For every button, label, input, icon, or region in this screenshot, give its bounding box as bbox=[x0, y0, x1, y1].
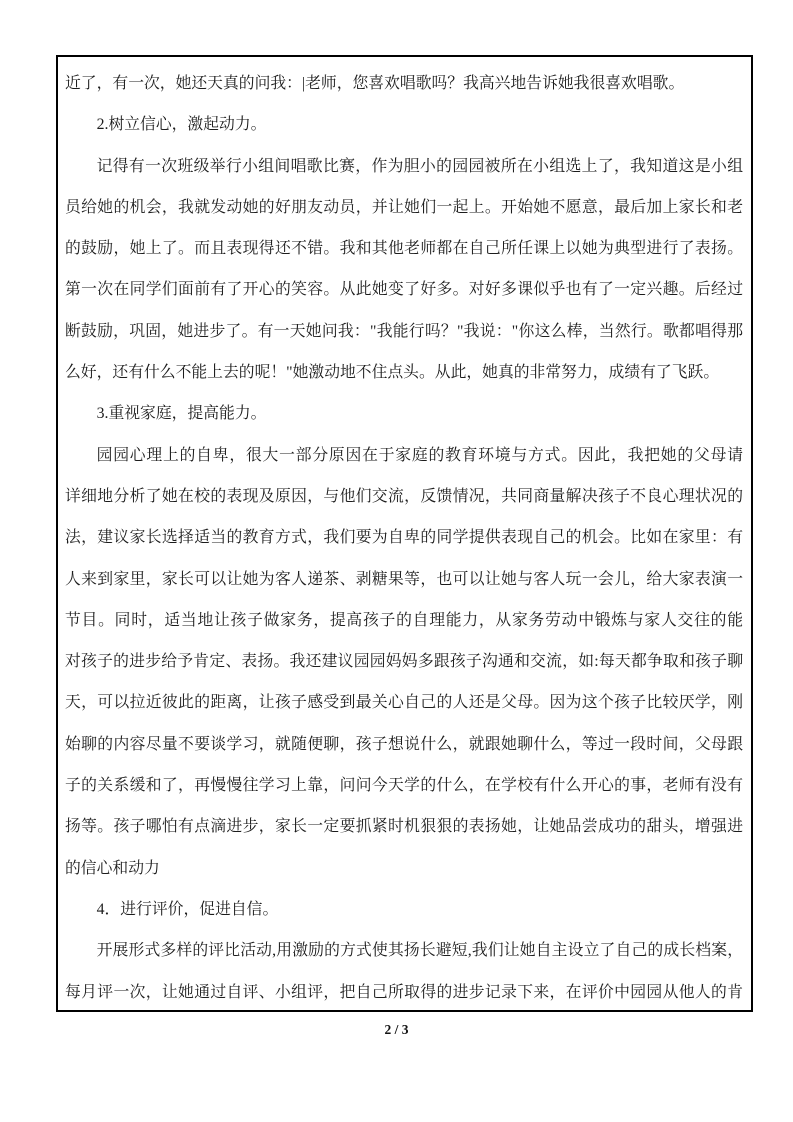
text-line: 扬等。孩子哪怕有点滴进步，家长一定要抓紧时机狠狠的表扬她，让她品尝成功的甜头，增… bbox=[65, 806, 743, 847]
text-line: 近了，有一次，她还天真的问我：|老师，您喜欢唱歌吗？我高兴地告诉她我很喜欢唱歌。 bbox=[65, 63, 743, 104]
document-page: { "document": { "lines": [ { "text": "近了… bbox=[0, 0, 793, 1122]
text-line: 人来到家里，家长可以让她为客人递茶、剥糖果等，也可以让她与客人玩一会儿，给大家表… bbox=[65, 559, 743, 600]
text-line: 始聊的内容尽量不要谈学习，就随便聊，孩子想说什么，就跟她聊什么，等过一段时间，父… bbox=[65, 724, 743, 765]
text-line: 断鼓励，巩固，她进步了。有一天她问我："我能行吗？"我说："你这么棒，当然行。歌… bbox=[65, 311, 743, 352]
text-line: 4．进行评价，促进自信。 bbox=[65, 889, 743, 930]
text-line: 3.重视家庭，提高能力。 bbox=[65, 393, 743, 434]
text-line: 园园心理上的自卑，很大一部分原因在于家庭的教育环境与方式。因此，我把她的父母请来… bbox=[65, 435, 743, 476]
text-line: 的信心和动力 bbox=[65, 848, 743, 889]
text-line: 天，可以拉近彼此的距离，让孩子感受到最关心自己的人还是父母。因为这个孩子比较厌学… bbox=[65, 682, 743, 723]
text-line: 的鼓励，她上了。而且表现得还不错。我和其他老师都在自己所任课上以她为典型进行了表… bbox=[65, 228, 743, 269]
text-line: 节目。同时，适当地让孩子做家务，提高孩子的自理能力，从家务劳动中锻炼与家人交往的… bbox=[65, 600, 743, 641]
text-line: 详细地分析了她在校的表现及原因，与他们交流，反馈情况，共同商量解决孩子不良心理状… bbox=[65, 476, 743, 517]
text-line: 记得有一次班级举行小组间唱歌比赛，作为胆小的园园被所在小组选上了，我知道这是小组… bbox=[65, 146, 743, 187]
page-number: 2 / 3 bbox=[0, 1022, 793, 1038]
text-line: 对孩子的进步给予肯定、表扬。我还建议园园妈妈多跟孩子沟通和交流，如:每天都争取和… bbox=[65, 641, 743, 682]
text-line: 法，建议家长选择适当的教育方式，我们要为自卑的同学提供表现自己的机会。比如在家里… bbox=[65, 517, 743, 558]
text-line: 开展形式多样的评比活动,用激励的方式使其扬长避短,我们让她自主设立了自己的成长档… bbox=[65, 930, 743, 971]
text-line: 每月评一次，让她通过自评、小组评，把自己所取得的进步记录下来，在评价中园园从他人… bbox=[65, 972, 743, 1012]
text-line: 第一次在同学们面前有了开心的笑容。从此她变了好多。对好多课似乎也有了一定兴趣。后… bbox=[65, 269, 743, 310]
content-frame: 近了，有一次，她还天真的问我：|老师，您喜欢唱歌吗？我高兴地告诉她我很喜欢唱歌。… bbox=[56, 55, 753, 1012]
text-line: 2.树立信心，激起动力。 bbox=[65, 104, 743, 145]
text-line: 员给她的机会，我就发动她的好朋友动员，并让她们一起上。开始她不愿意，最后加上家长… bbox=[65, 187, 743, 228]
text-line: 子的关系缓和了，再慢慢往学习上靠，问问今天学的什么，在学校有什么开心的事，老师有… bbox=[65, 765, 743, 806]
text-line: 么好，还有什么不能上去的呢！"她激动地不住点头。从此，她真的非常努力，成绩有了飞… bbox=[65, 352, 743, 393]
